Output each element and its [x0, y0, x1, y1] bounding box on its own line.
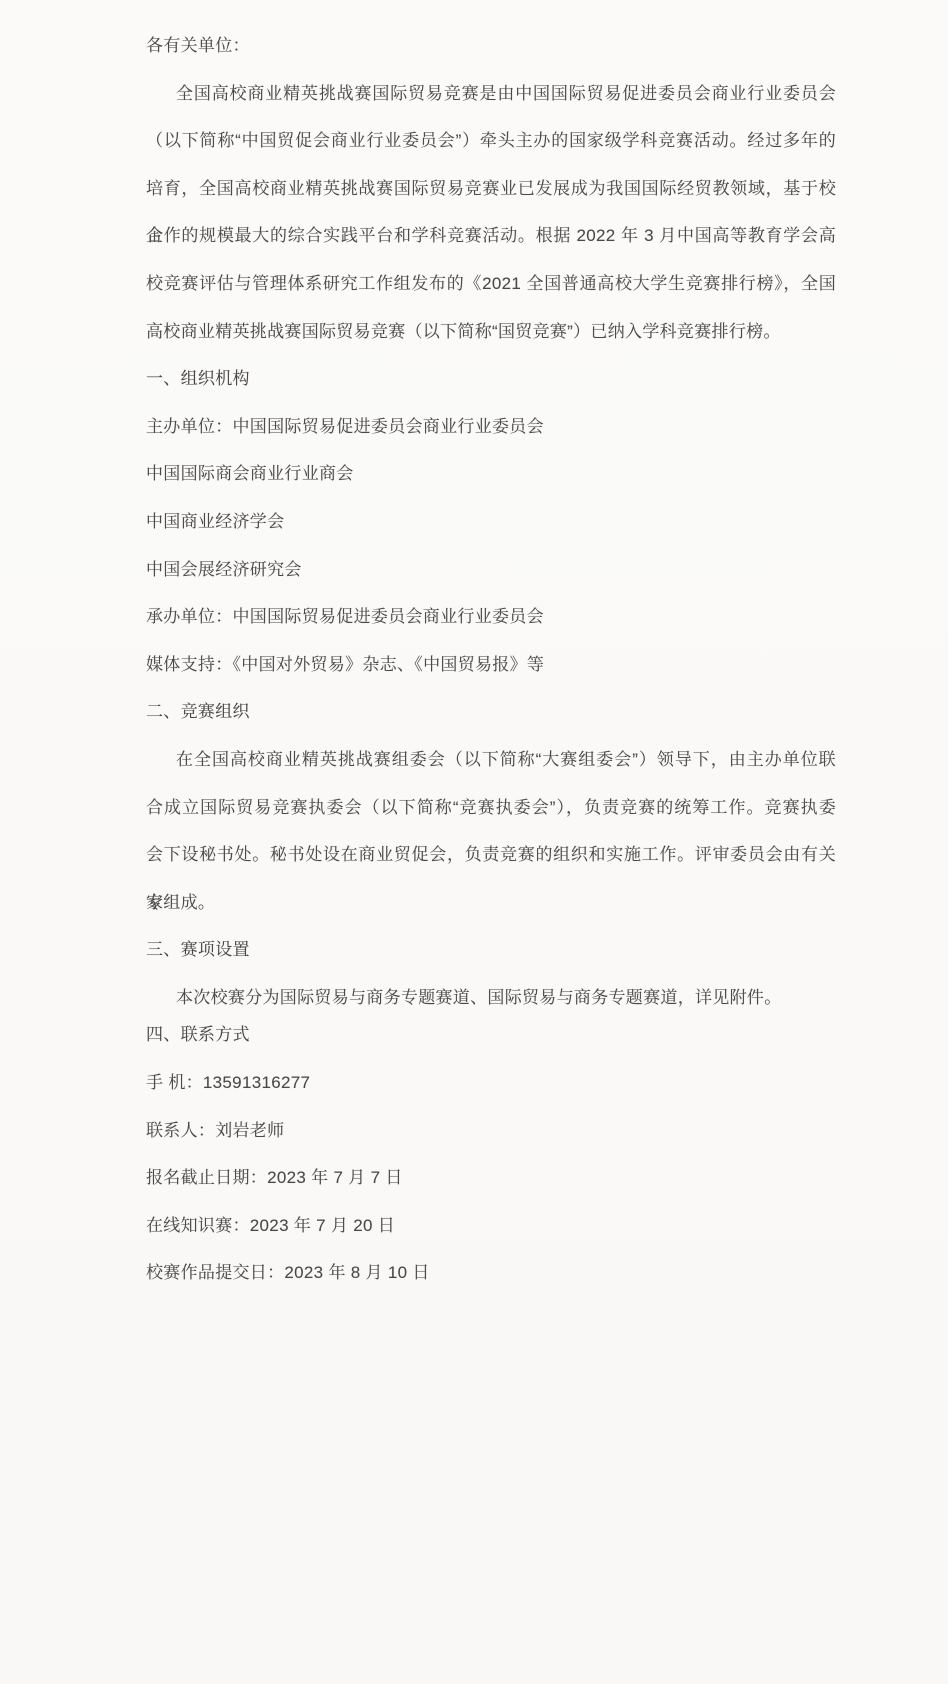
contact-person-line: 联系人：刘岩老师 — [146, 1107, 836, 1155]
document-page: 各有关单位： 全国高校商业精英挑战赛国际贸易竞赛是由中国国际贸易促进委员会商业行… — [0, 0, 948, 1684]
intro-paragraph-line: 培育，全国高校商业精英挑战赛国际贸易竞赛业已发展成为我国国际经贸教领域，基于校企 — [146, 165, 836, 213]
salutation: 各有关单位： — [146, 22, 836, 70]
section-heading-competition-organization: 二、竞赛组织 — [146, 688, 836, 736]
competition-paragraph-line: 会下设秘书处。秘书处设在商业贸促会，负责竞赛的组织和实施工作。评审委员会由有关专 — [146, 831, 836, 879]
organizer-line: 媒体支持：《中国对外贸易》杂志、《中国贸易报》等 — [146, 641, 836, 689]
section-heading-events: 三、赛项设置 — [146, 926, 836, 974]
registration-deadline-line: 报名截止日期：2023 年 7 月 7 日 — [146, 1154, 836, 1202]
organizer-line: 中国国际商会商业行业商会 — [146, 450, 836, 498]
organizer-line: 中国商业经济学会 — [146, 498, 836, 546]
intro-paragraph-line: 高校商业精英挑战赛国际贸易竞赛（以下简称“国贸竞赛”）已纳入学科竞赛排行榜。 — [146, 308, 836, 356]
intro-paragraph-line: 合作的规模最大的综合实践平台和学科竞赛活动。根据 2022 年 3 月中国高等教… — [146, 212, 836, 260]
organizer-line: 中国会展经济研究会 — [146, 546, 836, 594]
online-quiz-date-line: 在线知识赛：2023 年 7 月 20 日 — [146, 1202, 836, 1250]
intro-paragraph-line: 全国高校商业精英挑战赛国际贸易竞赛是由中国国际贸易促进委员会商业行业委员会 — [146, 70, 836, 118]
intro-paragraph-line: 校竞赛评估与管理体系研究工作组发布的《2021 全国普通高校大学生竞赛排行榜》，… — [146, 260, 836, 308]
competition-paragraph-line: 合成立国际贸易竞赛执委会（以下简称“竞赛执委会”），负责竞赛的统筹工作。竞赛执委 — [146, 784, 836, 832]
organizer-line: 承办单位：中国国际贸易促进委员会商业行业委员会 — [146, 593, 836, 641]
submission-date-line: 校赛作品提交日：2023 年 8 月 10 日 — [146, 1249, 836, 1297]
section-heading-organization: 一、组织机构 — [146, 355, 836, 403]
intro-paragraph-line: （以下简称“中国贸促会商业行业委员会”）牵头主办的国家级学科竞赛活动。经过多年的 — [146, 117, 836, 165]
contact-phone-line: 手 机：13591316277 — [146, 1059, 836, 1107]
organizer-line: 主办单位：中国国际贸易促进委员会商业行业委员会 — [146, 403, 836, 451]
notice-document: 各有关单位： 全国高校商业精英挑战赛国际贸易竞赛是由中国国际贸易促进委员会商业行… — [0, 0, 948, 1297]
competition-paragraph-line: 家组成。 — [146, 879, 836, 927]
competition-paragraph-line: 在全国高校商业精英挑战赛组委会（以下简称“大赛组委会”）领导下，由主办单位联 — [146, 736, 836, 784]
